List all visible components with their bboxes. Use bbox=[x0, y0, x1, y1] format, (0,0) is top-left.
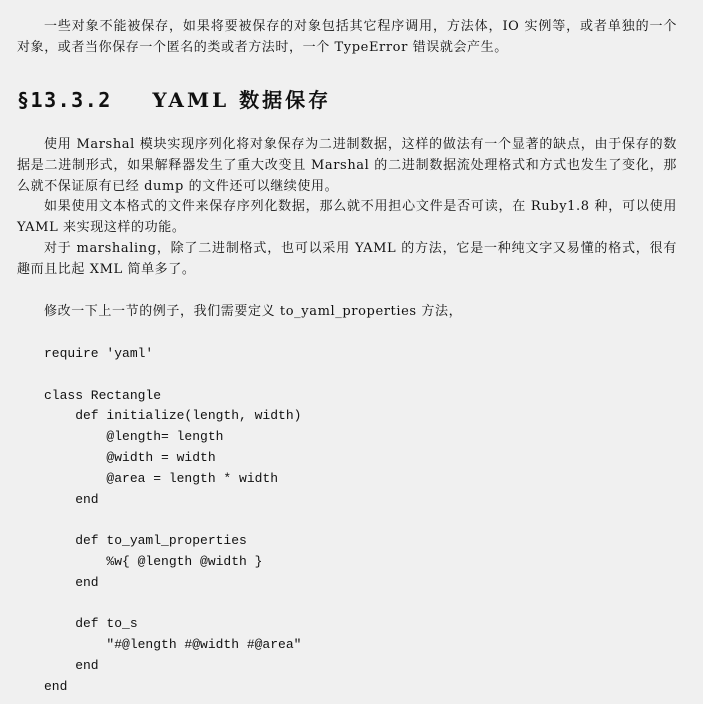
code-line: end bbox=[44, 573, 301, 594]
paragraph-text-format: 如果使用文本格式的文件来保存序列化数据，那么就不用担心文件是否可读，在 Ruby… bbox=[17, 197, 677, 239]
section-heading: §13.3.2 YAML 数据保存 bbox=[17, 84, 331, 113]
section-title: YAML 数据保存 bbox=[152, 88, 331, 112]
code-block: require 'yaml' class Rectangle def initi… bbox=[44, 344, 301, 698]
code-line bbox=[44, 510, 301, 531]
code-line: %w{ @length @width } bbox=[44, 552, 301, 573]
paragraph-yaml-marshaling: 对于 marshaling，除了二进制格式，也可以采用 YAML 的方法，它是一… bbox=[17, 239, 677, 281]
code-line: end bbox=[44, 677, 301, 698]
code-line: @width = width bbox=[44, 448, 301, 469]
code-line: @length= length bbox=[44, 427, 301, 448]
code-line: def to_yaml_properties bbox=[44, 531, 301, 552]
code-line bbox=[44, 594, 301, 615]
code-line: require 'yaml' bbox=[44, 344, 301, 365]
paragraph-serialization-errors: 一些对象不能被保存，如果将要被保存的对象包括其它程序调用，方法体，IO 实例等，… bbox=[17, 17, 677, 59]
section-number: §13.3.2 bbox=[17, 88, 112, 112]
code-line bbox=[44, 365, 301, 386]
paragraph-modify-example: 修改一下上一节的例子，我们需要定义 to_yaml_properties 方法， bbox=[17, 302, 677, 323]
code-line: def to_s bbox=[44, 614, 301, 635]
code-line: class Rectangle bbox=[44, 386, 301, 407]
code-line: end bbox=[44, 656, 301, 677]
code-line: def initialize(length, width) bbox=[44, 406, 301, 427]
code-line: @area = length * width bbox=[44, 469, 301, 490]
code-line: "#@length #@width #@area" bbox=[44, 635, 301, 656]
paragraph-marshal-drawback: 使用 Marshal 模块实现序列化将对象保存为二进制数据，这样的做法有一个显著… bbox=[17, 135, 677, 197]
code-line: end bbox=[44, 490, 301, 511]
